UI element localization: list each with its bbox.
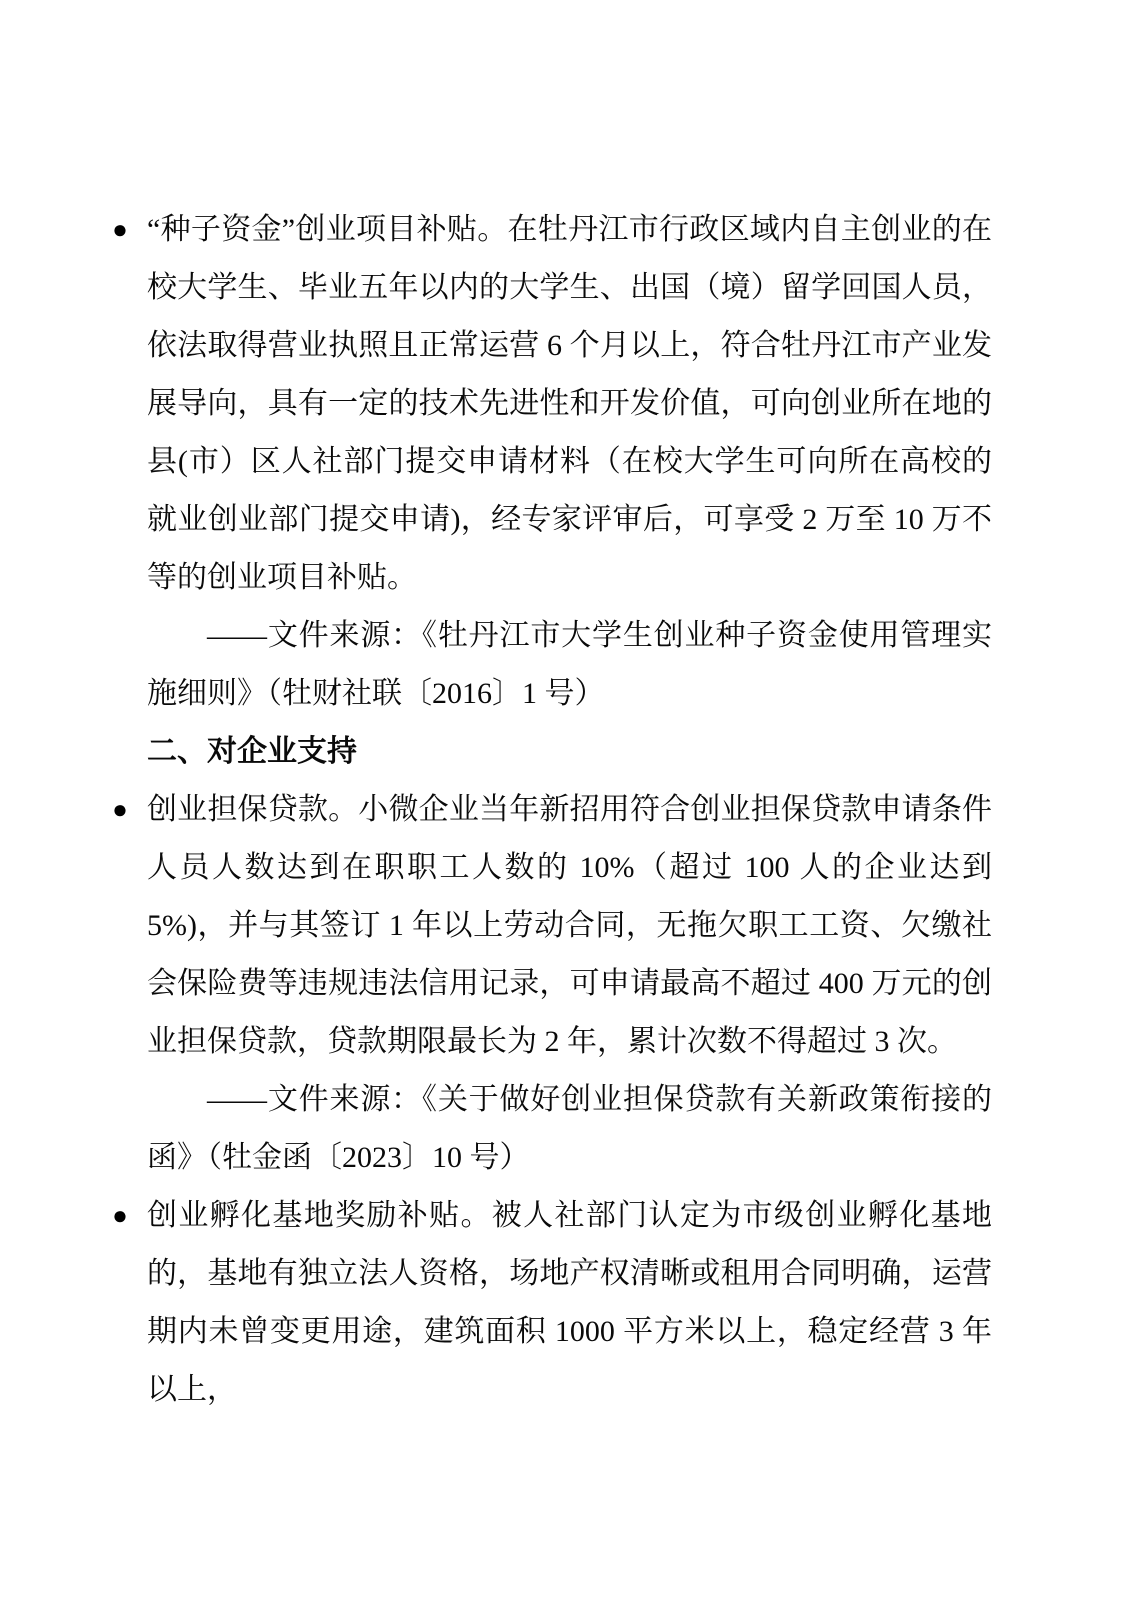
source-reference: ——文件来源：《牡丹江市大学生创业种子资金使用管理实施细则》（牡财社联〔2016… bbox=[147, 607, 992, 723]
paragraph-text: 创业担保贷款。小微企业当年新招用符合创业担保贷款申请条件人员人数达到在职职工人数… bbox=[147, 793, 992, 1058]
bullet-icon: ● bbox=[103, 201, 137, 259]
document-page: ● “种子资金”创业项目补贴。在牡丹江市行政区域内自主创业的在校大学生、毕业五年… bbox=[0, 0, 1131, 1600]
paragraph-text: “种子资金”创业项目补贴。在牡丹江市行政区域内自主创业的在校大学生、毕业五年以内… bbox=[147, 213, 992, 594]
bullet-icon: ● bbox=[103, 781, 137, 839]
source-reference: ——文件来源：《关于做好创业担保贷款有关新政策衔接的函》（牡金函〔2023〕10… bbox=[147, 1071, 992, 1187]
bullet-item-guaranteed-loan: ● 创业担保贷款。小微企业当年新招用符合创业担保贷款申请条件人员人数达到在职职工… bbox=[147, 781, 992, 1071]
source-text: ——文件来源：《牡丹江市大学生创业种子资金使用管理实施细则》（牡财社联〔2016… bbox=[147, 619, 992, 710]
bullet-item-seed-fund: ● “种子资金”创业项目补贴。在牡丹江市行政区域内自主创业的在校大学生、毕业五年… bbox=[147, 201, 992, 607]
heading-text: 二、对企业支持 bbox=[147, 735, 357, 768]
bullet-icon: ● bbox=[103, 1187, 137, 1245]
document-content: ● “种子资金”创业项目补贴。在牡丹江市行政区域内自主创业的在校大学生、毕业五年… bbox=[147, 201, 992, 1419]
bullet-item-incubation-base: ● 创业孵化基地奖励补贴。被人社部门认定为市级创业孵化基地的，基地有独立法人资格… bbox=[147, 1187, 992, 1419]
section-heading: 二、对企业支持 bbox=[147, 723, 992, 781]
source-text: ——文件来源：《关于做好创业担保贷款有关新政策衔接的函》（牡金函〔2023〕10… bbox=[147, 1083, 992, 1174]
paragraph-text: 创业孵化基地奖励补贴。被人社部门认定为市级创业孵化基地的，基地有独立法人资格，场… bbox=[147, 1199, 992, 1406]
